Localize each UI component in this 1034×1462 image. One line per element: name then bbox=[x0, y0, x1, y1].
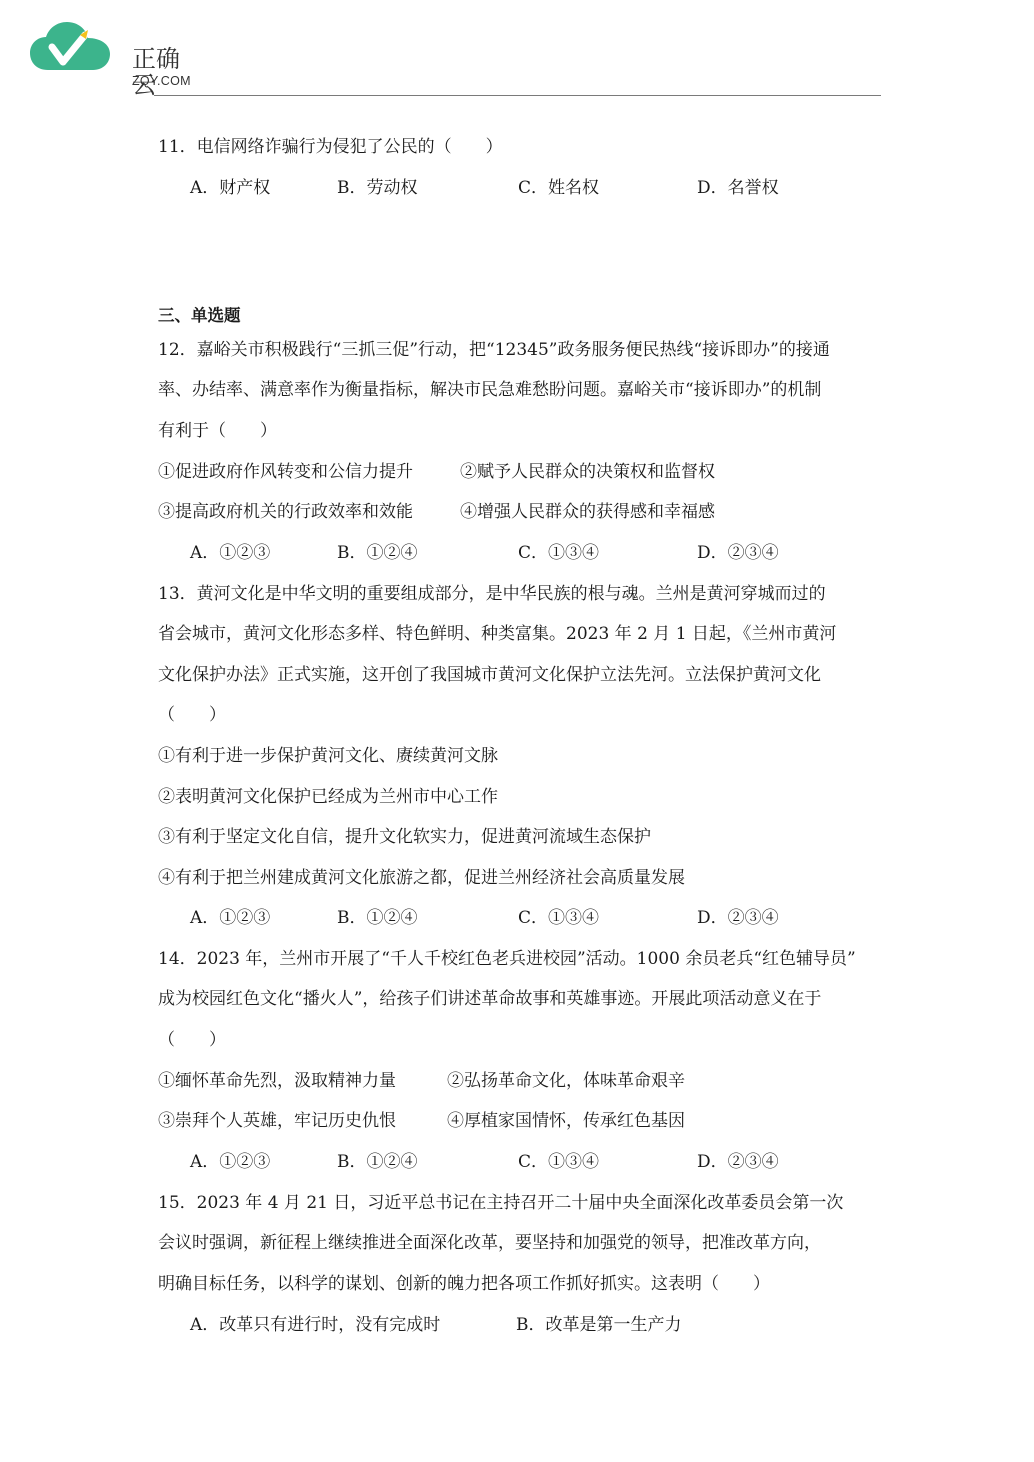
statement-3: ③有利于坚定文化自信，提升文化软实力，促进黄河流域生态保护 bbox=[158, 827, 651, 847]
statement-2: ②弘扬革命文化，体味革命艰辛 bbox=[447, 1071, 685, 1091]
option-a: A．①②③ bbox=[190, 908, 270, 928]
option-b: B．①②④ bbox=[337, 543, 418, 563]
option-c: C．①③④ bbox=[518, 1152, 599, 1172]
question-stem: 有利于（ ） bbox=[158, 421, 277, 441]
option-d: D．②③④ bbox=[697, 1152, 779, 1172]
question-stem: 12．嘉峪关市积极践行“三抓三促”行动，把“12345”政务服务便民热线“接诉即… bbox=[158, 340, 830, 360]
question-stem: 成为校园红色文化“播火人”，给孩子们讲述革命故事和英雄事迹。开展此项活动意义在于 bbox=[158, 989, 821, 1009]
brand-name-cn: 正确云 bbox=[132, 46, 190, 98]
option-c: C．①③④ bbox=[518, 543, 599, 563]
option-b: B．改革是第一生产力 bbox=[516, 1315, 682, 1335]
option-b: B．①②④ bbox=[337, 908, 418, 928]
option-d: D．②③④ bbox=[697, 543, 779, 563]
section-title: 三、单选题 bbox=[158, 306, 241, 326]
statement-3: ③崇拜个人英雄，牢记历史仇恨 bbox=[158, 1111, 396, 1131]
question-stem: （ ） bbox=[158, 705, 226, 725]
statement-1: ①有利于进一步保护黄河文化、赓续黄河文脉 bbox=[158, 746, 498, 766]
statement-1: ①缅怀革命先烈，汲取精神力量 bbox=[158, 1071, 396, 1091]
question-stem: 省会城市，黄河文化形态多样、特色鲜明、种类富集。2023 年 2 月 1 日起，… bbox=[158, 624, 836, 644]
option-c: C．①③④ bbox=[518, 908, 599, 928]
question-stem: 14．2023 年，兰州市开展了“千人千校红色老兵进校园”活动。1000 余员老… bbox=[158, 949, 856, 969]
option-b: B．①②④ bbox=[337, 1152, 418, 1172]
question-stem: 15．2023 年 4 月 21 日，习近平总书记在主持召开二十届中央全面深化改… bbox=[158, 1193, 843, 1213]
statement-3: ③提高政府机关的行政效率和效能 bbox=[158, 502, 413, 522]
question-stem: 文化保护办法》正式实施，这开创了我国城市黄河文化保护立法先河。立法保护黄河文化 bbox=[158, 665, 821, 685]
question-stem: 率、办结率、满意率作为衡量指标，解决市民急难愁盼问题。嘉峪关市“接诉即办”的机制 bbox=[158, 380, 821, 400]
statement-2: ②表明黄河文化保护已经成为兰州市中心工作 bbox=[158, 787, 498, 807]
question-stem: 11．电信网络诈骗行为侵犯了公民的（ ） bbox=[158, 137, 503, 157]
option-d: D．②③④ bbox=[697, 908, 779, 928]
question-stem: （ ） bbox=[158, 1030, 226, 1050]
statement-4: ④增强人民群众的获得感和幸福感 bbox=[460, 502, 715, 522]
statement-2: ②赋予人民群众的决策权和监督权 bbox=[460, 462, 715, 482]
option-b: B．劳动权 bbox=[337, 178, 418, 198]
question-stem: 13．黄河文化是中华文明的重要组成部分，是中华民族的根与魂。兰州是黄河穿城而过的 bbox=[158, 584, 826, 604]
statement-1: ①促进政府作风转变和公信力提升 bbox=[158, 462, 413, 482]
option-a: A．财产权 bbox=[190, 178, 270, 198]
statement-4: ④厚植家国情怀，传承红色基因 bbox=[447, 1111, 685, 1131]
option-a: A．改革只有进行时，没有完成时 bbox=[190, 1315, 440, 1335]
question-stem: 明确目标任务，以科学的谋划、创新的魄力把各项工作抓好抓实。这表明（ ） bbox=[158, 1274, 770, 1294]
cloud-check-icon bbox=[30, 22, 112, 72]
header-divider bbox=[154, 95, 881, 96]
statement-4: ④有利于把兰州建成黄河文化旅游之都，促进兰州经济社会高质量发展 bbox=[158, 868, 685, 888]
option-a: A．①②③ bbox=[190, 543, 270, 563]
option-a: A．①②③ bbox=[190, 1152, 270, 1172]
option-d: D．名誉权 bbox=[697, 178, 779, 198]
brand-logo: 正确云 ZQY.COM bbox=[30, 22, 190, 74]
brand-name-en: ZQY.COM bbox=[132, 74, 191, 88]
option-c: C．姓名权 bbox=[518, 178, 599, 198]
question-stem: 会议时强调，新征程上继续推进全面深化改革，要坚持和加强党的领导，把准改革方向， bbox=[158, 1233, 821, 1253]
